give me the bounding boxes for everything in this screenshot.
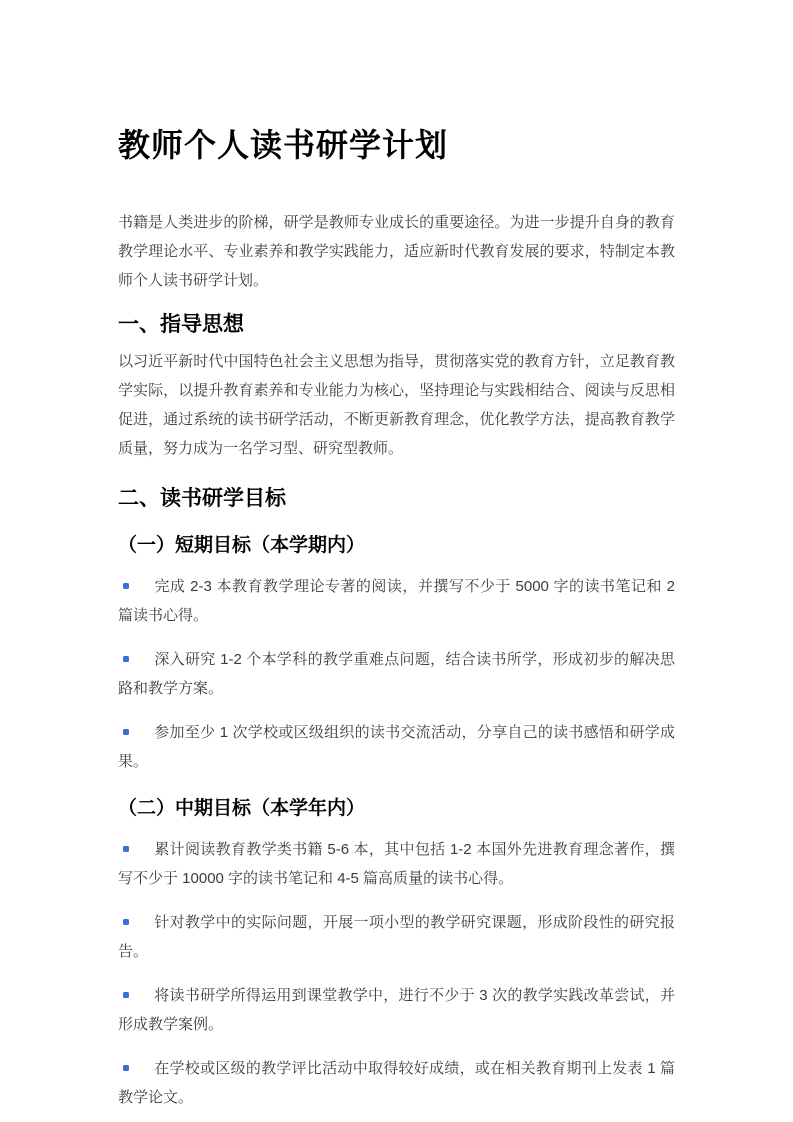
mid-term-bullet-list: 累计阅读教育教学类书籍 5-6 本，其中包括 1-2 本国外先进教育理念著作，撰… xyxy=(118,835,675,1112)
bullet-icon xyxy=(123,846,129,852)
list-item-text: 针对教学中的实际问题，开展一项小型的教学研究课题，形成阶段性的研究报告。 xyxy=(118,914,675,960)
list-item-text: 将读书研学所得运用到课堂教学中，进行不少于 3 次的教学实践改革尝试，并形成教学… xyxy=(118,987,675,1033)
intro-paragraph: 书籍是人类进步的阶梯，研学是教师专业成长的重要途径。为进一步提升自身的教育教学理… xyxy=(118,208,675,295)
list-item-text: 深入研究 1-2 个本学科的教学重难点问题，结合读书所学，形成初步的解决思路和教… xyxy=(118,651,675,697)
list-item-text: 累计阅读教育教学类书籍 5-6 本，其中包括 1-2 本国外先进教育理念著作，撰… xyxy=(118,841,675,887)
list-item: 针对教学中的实际问题，开展一项小型的教学研究课题，形成阶段性的研究报告。 xyxy=(118,908,675,966)
section-guiding-ideology-heading: 一、指导思想 xyxy=(118,311,675,339)
list-item: 累计阅读教育教学类书籍 5-6 本，其中包括 1-2 本国外先进教育理念著作，撰… xyxy=(118,835,675,893)
list-item-text: 在学校或区级的教学评比活动中取得较好成绩，或在相关教育期刊上发表 1 篇教学论文… xyxy=(118,1060,675,1106)
bullet-icon xyxy=(123,992,129,998)
list-item-text: 参加至少 1 次学校或区级组织的读书交流活动，分享自己的读书感悟和研学成果。 xyxy=(118,724,675,770)
list-item: 深入研究 1-2 个本学科的教学重难点问题，结合读书所学，形成初步的解决思路和教… xyxy=(118,645,675,703)
bullet-icon xyxy=(123,1065,129,1071)
subsection-mid-term-heading: （二）中期目标（本学年内） xyxy=(118,796,675,822)
list-item-text: 完成 2-3 本教育教学理论专著的阅读，并撰写不少于 5000 字的读书笔记和 … xyxy=(118,578,675,624)
bullet-icon xyxy=(123,729,129,735)
section-goals-heading: 二、读书研学目标 xyxy=(118,485,675,513)
list-item: 在学校或区级的教学评比活动中取得较好成绩，或在相关教育期刊上发表 1 篇教学论文… xyxy=(118,1054,675,1112)
document-page: 教师个人读书研学计划 书籍是人类进步的阶梯，研学是教师专业成长的重要途径。为进一… xyxy=(0,0,793,1122)
page-title: 教师个人读书研学计划 xyxy=(118,126,675,164)
bullet-icon xyxy=(123,656,129,662)
subsection-short-term-heading: （一）短期目标（本学期内） xyxy=(118,533,675,559)
bullet-icon xyxy=(123,583,129,589)
list-item: 完成 2-3 本教育教学理论专著的阅读，并撰写不少于 5000 字的读书笔记和 … xyxy=(118,572,675,630)
bullet-icon xyxy=(123,919,129,925)
section-guiding-ideology-paragraph: 以习近平新时代中国特色社会主义思想为指导，贯彻落实党的教育方针，立足教育教学实际… xyxy=(118,347,675,463)
short-term-bullet-list: 完成 2-3 本教育教学理论专著的阅读，并撰写不少于 5000 字的读书笔记和 … xyxy=(118,572,675,776)
list-item: 参加至少 1 次学校或区级组织的读书交流活动，分享自己的读书感悟和研学成果。 xyxy=(118,718,675,776)
list-item: 将读书研学所得运用到课堂教学中，进行不少于 3 次的教学实践改革尝试，并形成教学… xyxy=(118,981,675,1039)
